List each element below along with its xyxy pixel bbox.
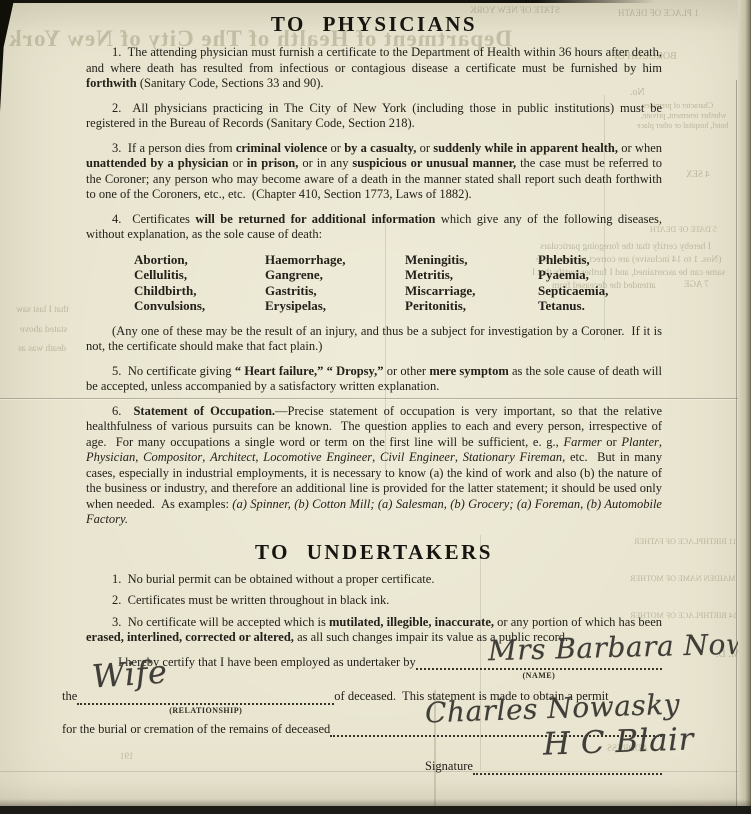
text-run: mere symptom: [429, 364, 508, 378]
bleedthrough-text: that I last saw: [16, 306, 69, 316]
undertaker-certification: I hereby certify that I have been employ…: [62, 655, 662, 775]
handwritten-deceased-name: Charles Nowasky: [425, 696, 680, 720]
physicians-rule-1: 1. The attending physician must furnish …: [86, 45, 662, 92]
text-run: Farmer: [563, 435, 601, 449]
disease-name: Pyaemia,: [538, 267, 662, 283]
scan-edge-bottom: [0, 806, 751, 814]
text-run: will be returned for additional informat…: [195, 212, 435, 226]
disease-name: Haemorrhage,: [265, 252, 405, 268]
text-run: 2. Certificates must be written througho…: [112, 593, 389, 607]
disease-name: Cellulitis,: [134, 267, 265, 283]
text-run: criminal violence: [236, 141, 327, 155]
bleedthrough-text: 7 AGE: [684, 280, 709, 289]
text-run: or any portion of which has been: [494, 615, 662, 629]
text-run: or: [228, 156, 246, 170]
scan-edge-right: [738, 0, 751, 814]
signature-line: Signature H C Blair: [425, 759, 662, 775]
text-run: ,: [659, 435, 662, 449]
undertakers-rule-2: 2. Certificates must be written througho…: [86, 593, 662, 609]
text-run: or: [602, 435, 622, 449]
bleedthrough-text: death was as: [18, 345, 66, 355]
text-run: “ Heart failure,” “ Dropsy,”: [235, 364, 384, 378]
disease-column-2: Haemorrhage, Gangrene, Gastritis, Erysip…: [265, 252, 405, 314]
text-run: erased, interlined, corrected or altered…: [86, 630, 294, 644]
text-run: Stationary Fireman: [463, 450, 562, 464]
text-run: Architect: [210, 450, 255, 464]
disease-name: Peritonitis,: [405, 298, 538, 314]
text-run: or when: [618, 141, 662, 155]
text-run: 1. The attending physician must furnish …: [86, 45, 662, 75]
disease-name: Meningitis,: [405, 252, 538, 268]
handwritten-relationship: Wife: [92, 664, 168, 685]
disease-name: Abortion,: [134, 252, 265, 268]
text-run: 5. No certificate giving: [112, 364, 235, 378]
text-run: Statement of Occupation.: [133, 404, 275, 418]
text-run: unattended by a physician: [86, 156, 228, 170]
name-field-label: (NAME): [523, 668, 556, 684]
certify-text: for the burial or cremation of the remai…: [62, 722, 330, 738]
text-run: 6.: [112, 404, 133, 418]
disease-note: (Any one of these may be the result of a…: [86, 324, 662, 355]
text-run: Physician: [86, 450, 135, 464]
text-run: mutilated, illegible, inaccurate,: [329, 615, 494, 629]
text-run: ,: [202, 450, 210, 464]
scan-edge-shadow: [0, 799, 751, 806]
text-run: Civil Engineer: [380, 450, 455, 464]
text-run: Planter: [621, 435, 659, 449]
text-run: or in any: [298, 156, 352, 170]
text-run: ,: [135, 450, 143, 464]
text-run: suddenly while in apparent health,: [433, 141, 618, 155]
text-run: or: [416, 141, 433, 155]
certify-text: the: [62, 689, 77, 705]
disease-column-3: Meningitis, Metritis, Miscarriage, Perit…: [405, 252, 538, 314]
text-run: in prison,: [247, 156, 299, 170]
disease-name: Gangrene,: [265, 267, 405, 283]
scan-edge-top: [0, 0, 655, 3]
disease-name: Phlebitis,: [538, 252, 662, 268]
physicians-rule-2: 2. All physicians practicing in The City…: [86, 101, 662, 132]
text-run: (Any one of these may be the result of a…: [86, 324, 662, 354]
disease-list: Abortion, Cellulitis, Childbirth, Convul…: [86, 252, 662, 314]
disease-name: Miscarriage,: [405, 283, 538, 299]
text-run: (Sanitary Code, Sections 33 and 90).: [137, 76, 324, 90]
text-run: 4. Certificates: [112, 212, 195, 226]
disease-name: Metritis,: [405, 267, 538, 283]
disease-name: Tetanus.: [538, 298, 662, 314]
text-run: ,: [372, 450, 380, 464]
undertakers-heading: TO UNDERTAKERS: [86, 540, 662, 564]
disease-name: Septicaemia,: [538, 283, 662, 299]
text-run: by a casualty,: [344, 141, 416, 155]
physicians-rule-3: 3. If a person dies from criminal violen…: [86, 141, 662, 203]
text-run: Compositor: [143, 450, 202, 464]
scanned-death-certificate-back: STATE OF NEW YORK 1 PLACE OF DEATH Depar…: [0, 0, 751, 814]
disease-name: Convulsions,: [134, 298, 265, 314]
instructions-column: TO PHYSICIANS 1. The attending physician…: [86, 12, 662, 775]
signature-label: Signature: [425, 759, 473, 775]
text-run: ,: [455, 450, 463, 464]
text-run: or: [327, 141, 344, 155]
handwritten-employer-name: Mrs Barbara Nowasky: [488, 634, 751, 658]
physicians-heading: TO PHYSICIANS: [86, 12, 662, 36]
text-run: forthwith: [86, 76, 137, 90]
bleedthrough-text: stated above: [20, 326, 67, 336]
undertakers-rule-1: 1. No burial permit can be obtained with…: [86, 572, 662, 588]
disease-name: Erysipelas,: [265, 298, 405, 314]
physicians-rule-4: 4. Certificates will be returned for add…: [86, 212, 662, 243]
bleedthrough-text: 4 SEX: [686, 170, 710, 179]
physicians-rule-6: 6. Statement of Occupation.—Precise stat…: [86, 404, 662, 528]
text-run: or other: [383, 364, 429, 378]
handwritten-signature: H C Blair: [543, 732, 694, 753]
text-run: 3. If a person dies from: [112, 141, 236, 155]
page-edge: [736, 80, 737, 806]
disease-name: Childbirth,: [134, 283, 265, 299]
text-run: 1. No burial permit can be obtained with…: [112, 572, 434, 586]
text-run: Locomotive Engineer: [263, 450, 372, 464]
text-run: 3. No certificate will be accepted which…: [112, 615, 329, 629]
disease-name: Gastritis,: [265, 283, 405, 299]
disease-column-1: Abortion, Cellulitis, Childbirth, Convul…: [134, 252, 265, 314]
physicians-rule-5: 5. No certificate giving “ Heart failure…: [86, 364, 662, 395]
relationship-field-label: (RELATIONSHIP): [169, 703, 242, 719]
text-run: suspicious or unusual manner,: [352, 156, 516, 170]
text-run: 2. All physicians practicing in The City…: [86, 101, 662, 131]
disease-column-4: Phlebitis, Pyaemia, Septicaemia, Tetanus…: [538, 252, 662, 314]
